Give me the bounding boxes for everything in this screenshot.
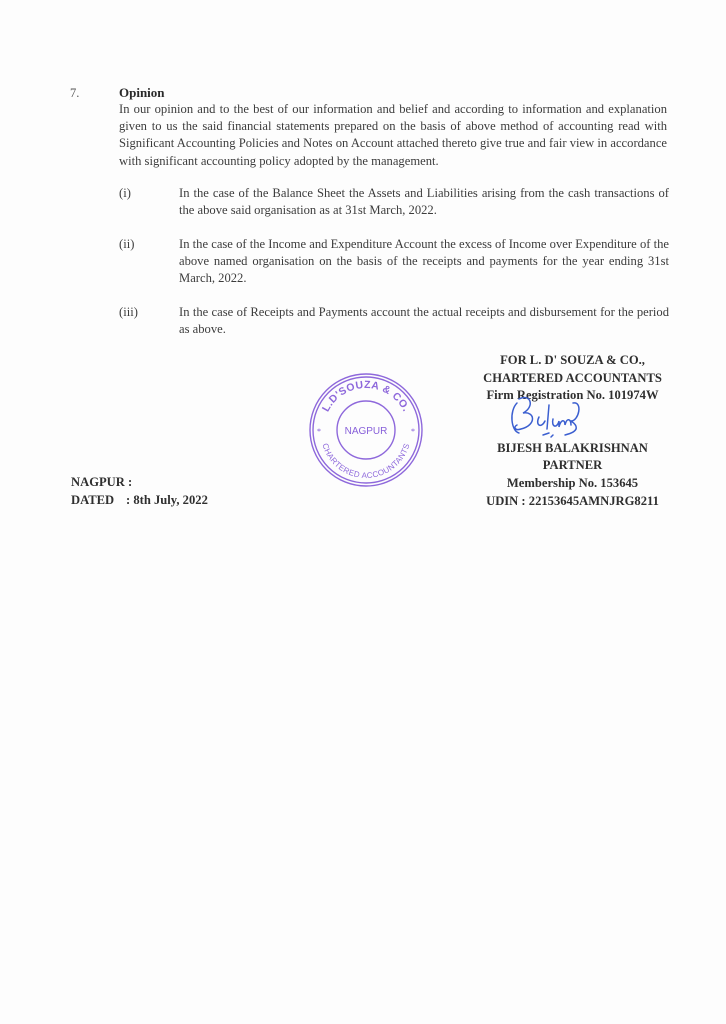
signature-icon [505, 391, 585, 441]
stamp-center-text: NAGPUR [345, 426, 388, 437]
item-text: In the case of the Income and Expenditur… [179, 236, 669, 288]
svg-text:CHARTERED ACCOUNTANTS: CHARTERED ACCOUNTANTS [320, 442, 411, 480]
section-heading: Opinion [119, 85, 165, 101]
item-text: In the case of Receipts and Payments acc… [179, 304, 669, 338]
udin: UDIN : 22153645AMNJRG8211 [470, 493, 675, 511]
opinion-item: (ii) In the case of the Income and Expen… [119, 236, 669, 288]
designation: PARTNER [470, 457, 675, 475]
place-date: NAGPUR : DATED: 8th July, 2022 [71, 474, 208, 509]
svg-text:*: * [317, 427, 321, 436]
signatory-name: BIJESH BALAKRISHNAN [470, 440, 675, 458]
item-number: (i) [119, 185, 159, 202]
document-page: 7. Opinion In our opinion and to the bes… [0, 0, 726, 1024]
opinion-item: (iii) In the case of Receipts and Paymen… [119, 304, 669, 338]
opinion-item: (i) In the case of the Balance Sheet the… [119, 185, 669, 219]
opinion-paragraph: In our opinion and to the best of our in… [119, 101, 667, 170]
item-text: In the case of the Balance Sheet the Ass… [179, 185, 669, 219]
firm-type: CHARTERED ACCOUNTANTS [470, 370, 675, 388]
membership-number: Membership No. 153645 [470, 475, 675, 493]
svg-text:*: * [411, 427, 415, 436]
place: NAGPUR : [71, 474, 208, 492]
signature-block: FOR L. D' SOUZA & CO., CHARTERED ACCOUNT… [470, 352, 675, 510]
dated-value: : 8th July, 2022 [126, 493, 208, 507]
item-number: (iii) [119, 304, 159, 321]
firm-stamp-icon: L.D'SOUZA & CO. CHARTERED ACCOUNTANTS NA… [307, 371, 425, 489]
for-firm-line: FOR L. D' SOUZA & CO., [470, 352, 675, 370]
stamp-bottom-text: CHARTERED ACCOUNTANTS [320, 442, 411, 480]
dated-label: DATED [71, 492, 126, 510]
item-number: (ii) [119, 236, 159, 253]
section-number: 7. [70, 86, 79, 101]
